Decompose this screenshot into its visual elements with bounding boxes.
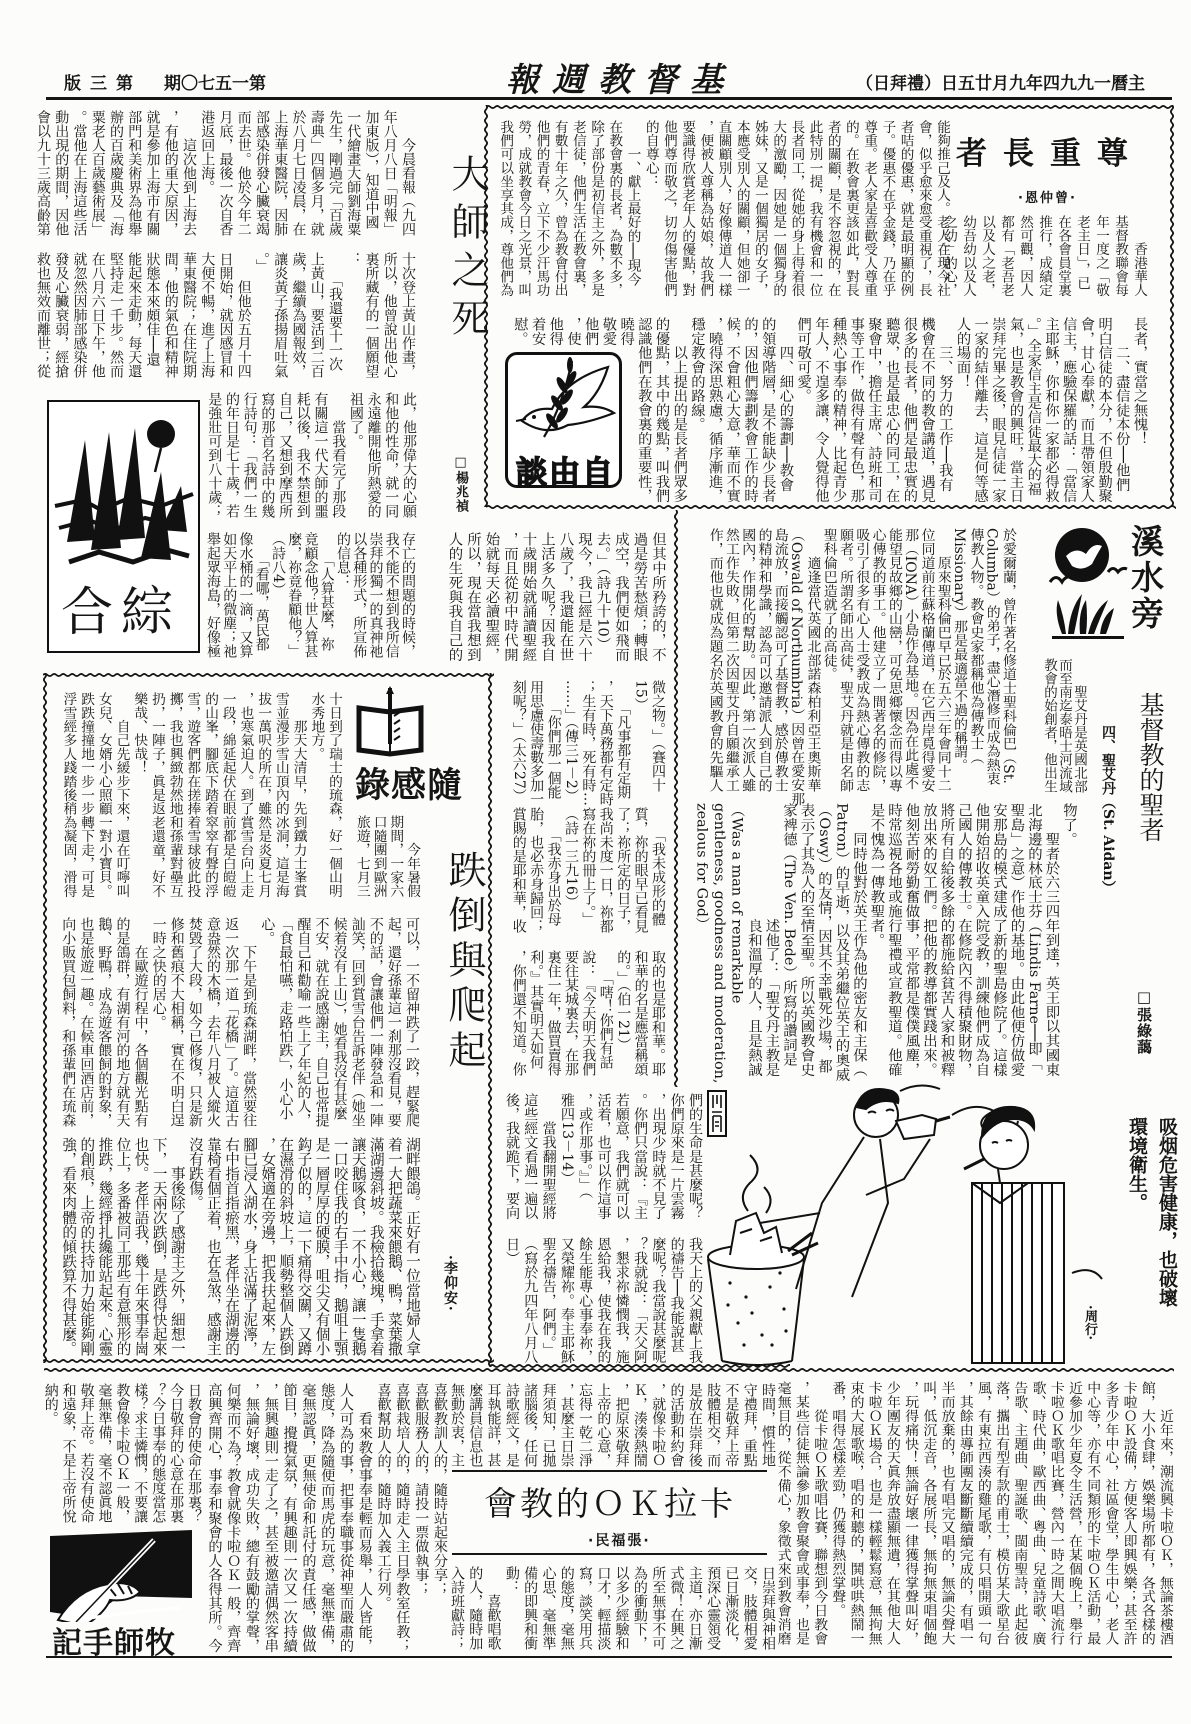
text-column: 從卡啦ＯＫ歌唱比賽，聯想到今日教會 — [810, 1381, 828, 1646]
box-border-bottom — [43, 1357, 494, 1365]
text-column: 何樂而不為？教會就像卡啦ＯＫ一般，齊齊 — [223, 1383, 242, 1653]
text-block-1: 聖艾丹是英國北部而至南迄泰晤士河流域教會的始創者，他出生 — [1040, 658, 1086, 793]
text-column: 賞賜的是耶和華，收 — [509, 807, 526, 933]
text-block-1: 近年來，潮流興卡啦ＯＫ，無論茶樓酒館，大小食肆，娛樂場所都有，各式各樣的卡啦ＯＫ… — [774, 1381, 1174, 1646]
text-column: 本應受別人的關顧，但她卻一 — [733, 120, 751, 297]
text-column: 年人，不遑多讓，令人覺得他 — [812, 317, 830, 503]
text-column: 老主日」，已 — [1072, 215, 1091, 297]
text-column: 華東醫院；在住院期 — [180, 252, 198, 378]
text-column: 直關顧別人，好像傳道人一樣 — [714, 120, 732, 297]
text-column: 今晨看報（九四 — [399, 110, 417, 236]
text-column: 種熱心事奉的精神，比起青少 — [829, 317, 847, 503]
text-column: 半而放棄的，也有唱完又唱的，無論尖聲大 — [937, 1381, 955, 1646]
series-title: 基督教的聖者 — [1132, 692, 1168, 842]
text-column: 他們尊而敬之，切勿傷害他們 — [660, 120, 678, 297]
text-column: 聽眾，也是最忠心的同工，在 — [882, 317, 900, 503]
text-column: 不的話，會讓他們一陣發急和一陣 — [367, 917, 385, 1127]
text-column: 然工作失敗，但第二次因聖艾丹自願繼承工 — [723, 528, 739, 793]
text-column: 寫，談笑用兵 — [576, 1566, 594, 1650]
text-column: 以及人之老， — [977, 215, 996, 297]
text-block-7: 我天上的父親獻上我的禱告──我能說甚麼呢？我當說甚麼呢？我就說：「天父阿，懇求祢… — [503, 1237, 704, 1364]
text-column: 日） — [503, 1237, 521, 1364]
text-column: 無動於衷，主 — [448, 1383, 466, 1467]
text-column: 的。在教會裏更該如此，對長 — [842, 120, 860, 297]
text-column: ？我就說：「天父阿 — [631, 1237, 649, 1364]
text-column: 姊妹，又是一個獨居的女子， — [751, 120, 769, 297]
text-column: 位上，多番被同工那些有意無形的 — [113, 1137, 131, 1357]
text-column: ，曉得深思熟慮，循序漸進， — [705, 317, 723, 503]
text-column: 穩定教會的路線。 — [688, 317, 706, 503]
text-column: 落，攜出有型有款的甫士，模仿某大歌星台 — [992, 1381, 1010, 1646]
text-column: 用思慮使壽數多加一 — [527, 680, 544, 806]
text-column: 跌跌撞撞地一步一步轉下走，可是 — [76, 692, 94, 898]
text-column: 是一層厚厚的硬膜，咀尖又有個小 — [312, 1137, 330, 1357]
text-column: 一時之快的居心。 — [150, 917, 168, 1127]
issue-date: 主曆一九九四年九月廿五日（禮拜日） — [856, 69, 1145, 94]
text-column: 國內，作開化的幫助。因此，第一次派人雖 — [739, 528, 755, 793]
text-column: 上海華東醫院，因肺 — [271, 110, 289, 236]
text-column: 向小販買包飼料，和孫輩們在琉森 — [59, 917, 77, 1127]
text-column: 寫在祢的冊上了。」 — [579, 807, 596, 933]
text-column: 訕笑，回到賞雪台告訴老伴（她坐 — [349, 917, 367, 1127]
text-column: 以各種形式，所宣佈 — [351, 532, 367, 658]
text-column: 式微！在興之 — [667, 1566, 685, 1650]
text-column: 先生，剛過完「百歲 — [326, 110, 344, 236]
text-column: 這次他到上海去 — [180, 110, 198, 236]
column-logo-xishuipang: 溪水旁 — [1048, 522, 1162, 640]
text-column: 活着，也可以作這事 — [594, 1093, 612, 1220]
text-column: 館，大小食肆，娛樂場所都有，各式各樣的 — [1138, 1381, 1156, 1646]
text-column: 卡啦ＯＫ歌唱比賽，營內一時之間大唱流行 — [1047, 1381, 1065, 1646]
cartoon-signature: ·周行· — [1080, 1305, 1099, 1340]
text-column: 十次登上黃山作畫， — [399, 252, 417, 378]
title-part-3: 的教會 — [484, 1484, 592, 1523]
article-author: □楊兆禎 — [451, 455, 470, 513]
text-column: 北海邊的林底士芬（Lindis Farne──即「 — [1025, 803, 1043, 1078]
text-column: 卡啦ＯＫ設備，方便客人即興娛樂；甚至許 — [1119, 1381, 1137, 1646]
text-column: 崇拜完畢之後，眼見信徒一家 — [989, 317, 1007, 503]
text-column: 期間，一家六 — [387, 815, 404, 898]
text-column: 在教會裏的長者，為數不多， — [605, 120, 623, 297]
text-column: 的信息： — [335, 532, 351, 658]
text-block-3: 可以，一不留神跌了一跤，趕緊爬起，還好孫輩這一刹那沒看見，要不的話，會讓他們一陣… — [59, 917, 421, 1127]
text-column: 於愛爾蘭，曾作著名修道士聖科倫巴（St. — [1000, 528, 1016, 793]
text-column: 日崇拜與神相 — [759, 1566, 777, 1650]
column-label: 自由談 — [516, 447, 615, 492]
text-column: 水秀地方。 — [307, 692, 325, 898]
text-column: 一家的結伴離去，這是何等感 — [971, 317, 989, 503]
text-column: 自己，又想到摩西所 — [275, 392, 293, 518]
text-column: 心傳教的事工。他建立了一間著名的修院， — [869, 528, 885, 793]
text-column: 忘得一乾二淨 — [576, 1383, 594, 1467]
text-column: 月底，最後一次自香 — [216, 110, 234, 236]
dove-olive-branch-icon — [508, 355, 619, 443]
text-column: 節目，攪攪氣氛，有興趣則一次又一次持續 — [280, 1383, 299, 1653]
text-column: 在歐遊行程中，各個觀光點有 — [132, 917, 150, 1127]
text-column: 和他的性命，就一同 — [382, 392, 400, 518]
text-column: 都有「老吾老 — [996, 215, 1015, 297]
verse-block-3: 取的也是耶和華。耶和華的名是應當稱頌的。」（伯一21） 「嗐！你們有話說：『今天… — [509, 950, 666, 1076]
text-column: 發及心臟衰弱，經搶 — [52, 252, 70, 378]
caption-line-2: 環境衛生。 — [1122, 1117, 1152, 1307]
text-column: 者的關顧，是不容忽視的，在 — [824, 120, 842, 297]
text-column: 湖畔餵鴿。正好有一位當地婦人拿 — [403, 1137, 421, 1357]
text-column: 事等工作，做得有聲有色，那 — [847, 317, 865, 503]
text-column: （詩一三九16） — [562, 807, 579, 933]
text-column: 們可敬可愛。 — [794, 317, 812, 503]
text-column: 要往某城裏去，在那 — [562, 950, 579, 1076]
column-label: 綜合 — [61, 570, 181, 645]
column-logo-zonghe: 綜合 — [47, 400, 200, 653]
text-column: 他們的青春，立下不少汗馬功 — [532, 120, 550, 297]
text-column: 若願意，我們就可以 — [613, 1093, 631, 1220]
article-author: ·李仰安· — [440, 1255, 460, 1312]
text-column: 子。優惠不在乎金錢，乃在乎 — [878, 120, 896, 297]
text-column: ，出現少時就不見了 — [649, 1093, 667, 1220]
text-column: 麼，祢竟眷顧他？」 — [286, 532, 302, 658]
text-column: 刻呢？」（太六27） — [509, 680, 526, 806]
text-column: 交，肢體相愛 — [740, 1566, 758, 1650]
text-column: 今年暑假 — [403, 815, 420, 898]
text-column: 「我還要十一次 — [326, 252, 344, 378]
text-column: 堅持走一千步。然而 — [107, 252, 125, 378]
cartoon-illustration — [700, 1083, 1140, 1367]
hand-writing-pen-icon — [50, 1530, 196, 1622]
text-column: 樣？求主憐憫，不要讓 — [130, 1383, 148, 1523]
text-column: 心思、毫無準 — [539, 1566, 557, 1650]
text-column: 時常巡視各地或施行聖禮或宣教聖道。他確 — [885, 803, 903, 1078]
text-column: 加東版），知道中國 — [362, 110, 380, 236]
text-column: 如天平上的微塵；祂 — [221, 532, 237, 658]
text-column: 的，因他們籌劃教會工作的時 — [741, 317, 759, 503]
text-column: 今日敬拜的心意在那裏 — [166, 1383, 184, 1523]
text-column: 也快。老伴語我，幾十年來事奉崗 — [132, 1137, 150, 1357]
text-column: 是強壯可到八十歲； — [205, 392, 223, 518]
text-column: 上活多久呢？因我自 — [538, 532, 557, 662]
text-column: 在各會員堂裏 — [1053, 215, 1072, 297]
text-column: 的山峯，腳底下踏着窣窣有聲的浮 — [200, 692, 218, 898]
text-column: 八歲了，我還能在世 — [556, 532, 575, 662]
text-column: （Was a man of remarkable — [727, 803, 745, 1078]
text-column: 的年日是七十歲，若 — [222, 392, 240, 518]
text-column: 拔一萬呎的所在，雖然是炎夏七月 — [253, 692, 271, 898]
text-column: 多青少年中心，社區會堂，學生中心，老人 — [1101, 1381, 1119, 1646]
open-book-pen-icon — [355, 686, 427, 758]
text-column: 着一大把蔬菜來餵鵝、鴨，菜葉撒 — [385, 1137, 403, 1357]
text-column: ；生有時，死有時… — [579, 680, 596, 806]
text-column: ，懇求祢憐憫我，施 — [613, 1237, 631, 1364]
text-column: 崇拜的獨一的真神祂 — [367, 532, 383, 658]
text-column: 沒有跌傷。 — [186, 1137, 204, 1357]
text-column: 扔，一陣子，眞是返老還童，好不 — [147, 692, 165, 898]
text-block-3: 物了。 聖者於六三四年到達，英王即以其國東北海邊的林底士芬（Lindis Far… — [692, 803, 1077, 1078]
text-column: 位同道前往蘇格蘭傳道，在它西岸覓得愛安 — [918, 528, 934, 793]
text-column: 喜歡栽培人的，隨時走入主日學教室任教； — [393, 1383, 412, 1653]
text-column: 擲，我也興緻勃然地和孫輩對壘互 — [165, 692, 183, 898]
text-column: 要識得欣賞老年人的優點，對 — [678, 120, 696, 297]
text-column: 敬拜上帝。若沒有使命 — [77, 1383, 95, 1523]
text-column: 己國人的傳教士。在修院內不得積聚財物， — [955, 803, 973, 1078]
text-column: 主耶穌，你和你一家都必得救 — [1042, 317, 1060, 503]
text-column: 長者同工，從她的身上得着很 — [787, 120, 805, 297]
text-column: 始就每天必讀聖經， — [482, 532, 501, 662]
text-column: 恩給我，使我在我的 — [594, 1237, 612, 1364]
text-column: 所至無事不可 — [649, 1566, 667, 1650]
text-column: 十日到了瑞士的琉森，好一個山明 — [324, 692, 342, 898]
text-column: （寫於九四年八月八 — [521, 1237, 539, 1364]
text-column: 在濕滑的斜坡上，順勢整個人跌倒 — [276, 1137, 294, 1357]
text-column: 幼吾幼以及人 — [958, 215, 977, 297]
issue-number: 第一五七〇期 — [164, 74, 266, 94]
text-column: 腳已浸入湖水，身上沾滿了泥濘， — [240, 1137, 258, 1357]
text-column: 中心等，亦有不同類形的卡啦ＯＫ活動，最 — [1083, 1381, 1101, 1646]
text-block-5: 存亡的問題的時候，我不能不想到我所信崇拜的獨一的真神祂以各種形式，所宣佈的信息：… — [205, 532, 416, 658]
text-column: 勞，成就教會今日之光景，叫 — [514, 120, 532, 297]
text-column: 人的生死與我自己的 — [445, 532, 464, 662]
text-column: 醒自己和勸喻一些上了年紀的人， — [294, 917, 312, 1127]
text-column: 大的激勵，因她是一個獨身的 — [769, 120, 787, 297]
text-column: 「我赤身出於母 — [544, 807, 561, 933]
text-column: 我們可以坐享其成，尊他們為 — [496, 120, 514, 297]
text-column: 你們原來是一片雲霧 — [667, 1093, 685, 1220]
text-column: 年八月八日「明報」 — [381, 110, 399, 236]
text-column: 納的。 — [41, 1383, 59, 1523]
text-column: ，某些信徒無論參加教會聚會或事奉，也是 — [792, 1381, 810, 1646]
text-column: 利。』其實明天如何 — [527, 950, 544, 1076]
text-column: 然可觀，因人 — [1015, 215, 1034, 297]
text-column: 「食最怕嚥，走路怕跌」，小心小 — [276, 917, 294, 1127]
text-column: 旅遊，七月三 — [353, 815, 370, 898]
text-column: 麼呢？我當說甚麼呢 — [649, 1237, 667, 1364]
text-column: 以多少經驗和 — [612, 1566, 630, 1650]
text-column: 當我看完了那段 — [328, 392, 346, 518]
text-column: 人人可為的事，把事奉職事從神聖而嚴肅的 — [336, 1383, 355, 1653]
text-column: 餘生能專心事奉祢， — [576, 1237, 594, 1364]
article-author: □張綠藹 — [1134, 988, 1155, 1055]
text-column: ，女婿適在旁邊，把我扶起來，左 — [258, 1137, 276, 1357]
text-column: 將所有自給後多餘的都施給貧苦人家和被釋 — [937, 803, 955, 1078]
text-column: 就是參加上海市有關 — [143, 110, 161, 236]
text-column: 去。」（詩九十10） — [593, 532, 612, 662]
text-column: 四、細心的籌劃──教會 — [776, 317, 794, 503]
text-column: 裏住一年，做買賣得 — [544, 950, 561, 1076]
text-column: 良和溫厚的人，且是熱誠 — [745, 803, 763, 1078]
header-rule — [46, 97, 1172, 100]
text-column: 於八月七日凌晨，在 — [289, 110, 307, 236]
text-column: 束的大展歌喉，唱的和聽的，鬨哄哄熱鬧一 — [846, 1381, 864, 1646]
text-block-1: 今晨看報（九四年八月八日「明報」加東版），知道中國一代繪畫大師劉海粟先生，剛過完… — [34, 110, 417, 236]
text-column: 。你們只當說：『主 — [631, 1093, 649, 1220]
text-column: 能起來走動，每天還 — [125, 252, 143, 378]
text-column: 15） — [631, 680, 648, 806]
text-column: 那天大清早，先到鐵力士峯賞 — [289, 692, 307, 898]
text-column: ，你們還不知道。你 — [509, 950, 526, 1076]
text-column: 起，還好孫輩這一刹那沒看見，要 — [385, 917, 403, 1127]
text-column: 會以九十三歲高齡第 — [34, 110, 52, 236]
text-block-1: 今年暑假期間，一家六口隨團到歐洲旅遊，七月三 — [353, 815, 420, 898]
text-column: 已日漸淡化， — [722, 1566, 740, 1650]
text-column: 強，看來肉體的傾跌算不得甚麼。 — [59, 1137, 77, 1357]
text-block-4: 湖畔餵鴿。正好有一位當地婦人拿着一大把蔬菜來餵鵝、鴨，菜葉撒滿湖邊斜坡。我檢拾幾… — [59, 1137, 421, 1357]
bottom-section-top-border — [44, 1366, 1174, 1374]
text-column: 一口咬住我的右手中指，鵝咀上顎 — [331, 1137, 349, 1357]
text-column: （詩八4） — [270, 532, 286, 658]
text-column: 耳執能詳，甚 — [484, 1383, 502, 1467]
text-column: ，玩得痛快！無論好壞一律獲得掌聲叫好， — [901, 1381, 919, 1646]
text-column: 過是勞苦愁煩；轉眼 — [630, 532, 649, 662]
text-column: 會，似乎愈來愈受重視了，長 — [915, 120, 933, 297]
text-column: 卡啦ＯＫ場合，也是一樣輕鬆寫意，無拘無 — [865, 1381, 883, 1646]
text-column: 質，祢的眼早已看見 — [631, 807, 648, 933]
text-column: 口隨團到歐洲 — [370, 815, 387, 898]
text-column: 此特別一提，我有機會和一位 — [805, 120, 823, 297]
text-column: ，就像卡啦Ｏ — [649, 1383, 667, 1467]
box-border-left — [482, 105, 490, 507]
text-column: 「人算甚麼，祢 — [319, 532, 335, 658]
verse-block-1: 微之物。」（賽四十15） 「凡事都有定期，天下萬務都有定時；生有時，死有時………… — [509, 680, 666, 806]
text-column: 動： — [503, 1566, 521, 1650]
text-column: 上黃山，要活到二百 — [308, 252, 326, 378]
text-column: 的。」（伯一21） — [614, 950, 631, 1076]
sailboats-sun-icon — [49, 402, 198, 572]
text-column: 所以，現在當我想到 — [464, 532, 483, 662]
text-column: 三、努力的工作──我有 — [936, 317, 954, 503]
text-column: 述他了：「聖艾丹主教是 — [762, 803, 780, 1078]
text-column: 的態度，毫無 — [557, 1566, 575, 1650]
text-column: 聚會中，擔任主席、詩班和司 — [865, 317, 883, 503]
text-column: 適逢當代英國北部諾森柏利亞王奧斯華 — [804, 528, 820, 793]
article-title: 卡拉ＯＫ的教會 — [470, 1478, 750, 1525]
text-column: 「嗐！你們有話 — [596, 950, 613, 1076]
text-column: 風，有東拉西湊的雞尾歌，有只唱開頭一句 — [974, 1381, 992, 1646]
text-column: 明白信徒的本分，不但殷勤聚 — [1095, 317, 1113, 503]
text-column: 竟顧念他？世人算甚 — [302, 532, 318, 658]
text-column: 雅四13－14） — [558, 1093, 576, 1220]
column-logo-suiganlu: 隨感錄 — [355, 686, 475, 798]
text-column: 番，唱得怎樣差勁，仍獲得熱烈掌聲。 — [828, 1381, 846, 1646]
text-column: ，無論好壞，成功失敗，總有鼓勵的掌聲， — [242, 1383, 261, 1653]
text-column: 預深心靈領受 — [704, 1566, 722, 1650]
text-column: Patron）的早逝，以及其弟繼位英王的奧威 — [832, 803, 850, 1078]
text-column: 島流放，而接觸認可了基督教，感於傳教士 — [772, 528, 788, 793]
text-column: ： — [344, 252, 362, 378]
text-column: 樂哉、快哉！ — [130, 692, 148, 898]
text-column: 作，而他也就成為題名於英國教會的先驅人 — [706, 528, 722, 793]
text-column: Columba）的弟子，盡心潛修而成為熱衷 — [983, 528, 999, 793]
text-column: 麼講員信息也 — [466, 1383, 484, 1467]
text-column: 而至南迄泰晤士河流域 — [1056, 658, 1071, 793]
text-column: 有數十年之久，曾為教會付出 — [551, 120, 569, 297]
text-column: 毫無認眞，更無使命和託付的責任感，做做 — [299, 1383, 318, 1653]
text-column: 滿湖邊斜坡。我檢拾幾塊，手拿着 — [367, 1137, 385, 1357]
text-column: 一代繪畫大師劉海粟 — [344, 110, 362, 236]
text-column: 聖名禱告，阿們。」 — [539, 1237, 557, 1364]
text-column: 的創痕，上帝的扶持加力始能夠剛 — [77, 1137, 95, 1357]
text-column: 壽典」四個多月，就 — [308, 110, 326, 236]
text-column: 推行，成績定 — [1034, 215, 1053, 297]
text-column: 事後除了感謝主之外，細想一 — [168, 1137, 186, 1357]
text-column: 諸腦後，任何 — [521, 1383, 539, 1467]
text-column: 聖科倫巴造就了的高徒。 — [820, 528, 836, 793]
text-column: 少年團友的天眞奔放盡顯無遺，在其他大人 — [883, 1381, 901, 1646]
box-border-bottom — [486, 503, 1176, 511]
text-column: 喜歡服務人的，請投一票做執事； — [411, 1383, 430, 1653]
text-column: 而去世。他於今年二 — [235, 110, 253, 236]
text-column: 返一次那一道「花橋」了。這道古 — [222, 917, 240, 1127]
text-column: 不安，就在說感謝主，自己也常提 — [312, 917, 330, 1127]
text-column: 這些經文看過一遍以 — [521, 1093, 539, 1220]
page-bottom-rule — [46, 1656, 1172, 1658]
article-author: ·張福民· — [588, 1530, 651, 1550]
text-block-6: 們的生命是甚麼呢？你們原來是一片雲霧，出現少時就不見了。你們只當說：『主若願意，… — [503, 1093, 704, 1220]
text-block-4: 但其中所矜誇的，不過是勞苦愁煩；轉眼成空，我們便如飛而去。」（詩九十10）現今，… — [445, 532, 667, 662]
box-border-top — [43, 671, 494, 679]
text-column: 為的衝動下， — [631, 1566, 649, 1650]
text-column: 當我翻開聖經將 — [539, 1093, 557, 1220]
text-column: 很多的長者，他們是最忠實的 — [900, 317, 918, 503]
text-column: 候着沒有上山），她看我沒有甚麼 — [331, 917, 349, 1127]
text-column: 尊重。老人家是喜歡受人尊重 — [860, 120, 878, 297]
text-column: 是放在崇拜後 — [686, 1383, 704, 1467]
text-column: 後，我就跪下，要向 — [503, 1093, 521, 1220]
text-column: 寫的那首名詩中的幾 — [258, 392, 276, 518]
article-title: 跌倒與爬起 — [437, 850, 492, 1075]
text-column: 粟老人百歲藝術展」 — [89, 110, 107, 236]
text-column: 可以，一不留神跌了一跤，趕緊爬 — [403, 917, 421, 1127]
text-column: 「看哪，萬民都 — [254, 532, 270, 658]
text-column: 願者。所謂名師出高徒，聖艾丹就是由名師 — [837, 528, 853, 793]
issue-info: 第一五七〇期第三版 — [64, 69, 266, 94]
text-column: 物了。 — [1060, 803, 1078, 1078]
text-column: ……」（傳三1－2） — [562, 680, 579, 806]
text-column: 是不愧為一傳教聖者。 — [867, 803, 885, 1078]
text-column: 讓天鵝啄食，一不小心，讓一隻鵝 — [349, 1137, 367, 1357]
text-column: 港返回上海。 — [198, 110, 216, 236]
text-column: 大便不暢，進了上海 — [198, 252, 216, 378]
moon-bird-grass-icon — [1048, 522, 1128, 640]
text-column: 態度，降為隨便而馬虎的玩意，毫無準備， — [317, 1383, 336, 1653]
text-column: 看來教會事奉是輕而易舉，人人皆能， — [355, 1383, 374, 1653]
text-column: 但其中所矜誇的，不 — [649, 532, 668, 662]
text-column: 的領導階層，是不能缺少長者 — [759, 317, 777, 503]
text-column: 讓炎黃子孫揚眉吐氣 — [271, 252, 289, 378]
text-column: 雪，遊客們都在搓捧着雪球彼此投 — [183, 692, 201, 898]
text-column: 間，他的氣色和精神 — [162, 252, 180, 378]
text-column: 入詩班獻詩； — [448, 1566, 466, 1650]
text-column: 二、盡信徒本份──他們 — [1113, 317, 1131, 503]
text-column: 高興齊開心，事奉和聚會的人各得其所。今 — [205, 1383, 224, 1653]
text-column: 狀態本來頗佳──還 — [143, 252, 161, 378]
text-column: 女兒、女婿小心照顧一對小寶貝。 — [94, 692, 112, 898]
text-column: 的禱告──我能說甚 — [667, 1237, 685, 1364]
text-column: 同時他對於英王作為他的密友和主保（ — [850, 803, 868, 1078]
text-column: 長者，實當之無愧！ — [1130, 317, 1148, 503]
text-column: 部門和美術界為他舉 — [125, 110, 143, 236]
text-column: 意盎然的木橋，去年八月被人縱火 — [204, 917, 222, 1127]
text-block-2: 能夠推己及人。老人在現今社會，似乎愈來愈受重視了，長者咭的優惠，就是最明顯的例子… — [496, 120, 951, 297]
box-border-left — [672, 510, 680, 1087]
text-column: 又榮耀祢。奉主耶穌 — [558, 1237, 576, 1364]
text-column: 基督教聯會每 — [1110, 215, 1129, 297]
text-column: 者咭的優惠，就是最明顯的例 — [896, 120, 914, 297]
text-column: 「我未成形的體 — [649, 807, 666, 933]
text-column: 近年來，潮流興卡啦ＯＫ，無論茶樓酒 — [1156, 1381, 1174, 1646]
text-column: 的人，隨時加 — [466, 1566, 484, 1650]
text-column: 一段，綿延起伏在眼前都是白皚皚 — [218, 692, 236, 898]
text-column: ，甚麼主日崇 — [557, 1383, 575, 1467]
text-column: 和華的名是應當稱頌 — [631, 950, 648, 1076]
text-column: 有關這一代大師的噩 — [311, 392, 329, 518]
